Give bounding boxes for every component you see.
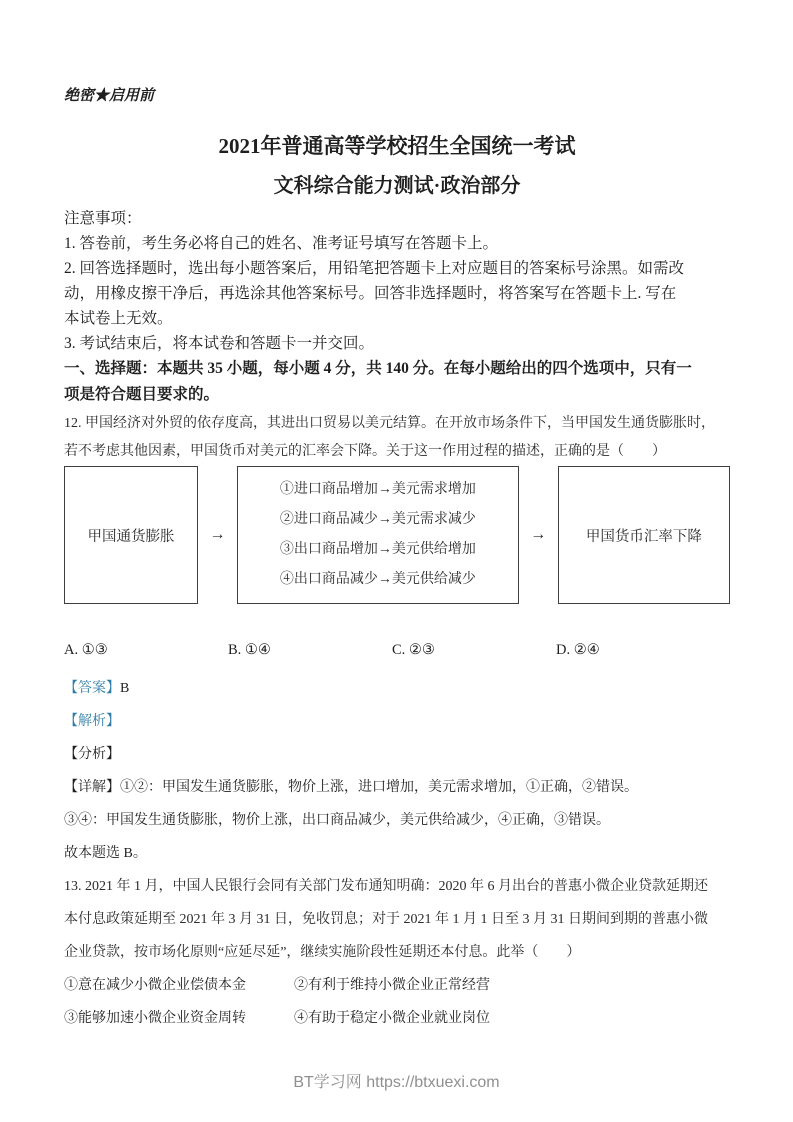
- answer-line: 【答案】B: [64, 672, 730, 705]
- notice-item-2-line-2: 动，用橡皮擦干净后，再选涂其他答案标号。回答非选择题时，将答案写在答题卡上. 写…: [64, 281, 730, 306]
- question-12-explanation: 【答案】B 【解析】 【分析】 【详解】①②：甲国发生通货膨胀，物价上涨，进口增…: [64, 672, 730, 870]
- diagram-mechanism-lines: ①进口商品增加→美元需求增加 ②进口商品减少→美元需求减少 ③出口商品增加→美元…: [280, 475, 476, 595]
- right-arrow-icon: →: [519, 466, 558, 604]
- fenxi-line: 【分析】: [64, 738, 730, 771]
- classification-label: 绝密★启用前: [64, 86, 730, 106]
- fenxi-label: 【分析】: [64, 747, 120, 762]
- option-d: D. ②④: [556, 640, 600, 660]
- question-13-stem-line-1: 13. 2021 年 1 月，中国人民银行会同有关部门发布通知明确：2020 年…: [64, 870, 730, 903]
- diagram-mechanism-3: ③出口商品增加→美元供给增加: [280, 535, 476, 565]
- site-footer-link[interactable]: BT学习网 https://btxuexi.com: [0, 1072, 793, 1094]
- diagram-box-mechanisms: ①进口商品增加→美元需求增加 ②进口商品减少→美元需求减少 ③出口商品增加→美元…: [237, 466, 519, 604]
- section-heading-multiple-choice: 一、选择题：本题共 35 小题，每小题 4 分，共 140 分。在每小题给出的四…: [64, 356, 730, 408]
- question-13-stem: 13. 2021 年 1 月，中国人民银行会同有关部门发布通知明确：2020 年…: [64, 870, 730, 969]
- question-12-flow-diagram: 甲国通货膨胀 → ①进口商品增加→美元需求增加 ②进口商品减少→美元需求减少 ③…: [64, 466, 730, 604]
- question-12-stem-line-1: 12. 甲国经济对外贸的依存度高，其进出口贸易以美元结算。在开放市场条件下，当甲…: [64, 410, 730, 438]
- exam-document-page: 绝密★启用前 2021年普通高等学校招生全国统一考试 文科综合能力测试·政治部分…: [0, 0, 793, 1122]
- notice-heading: 注意事项：: [64, 206, 730, 231]
- option-a: A. ①③: [64, 640, 228, 660]
- right-arrow-icon: →: [198, 466, 237, 604]
- question-12-stem-line-2: 若不考虑其他因素，甲国货币对美元的汇率会下降。关于这一作用过程的描述，正确的是（…: [64, 438, 730, 466]
- statement-2: ②有利于维持小微企业正常经营: [294, 969, 490, 1002]
- answer-value: B: [120, 681, 129, 696]
- diagram-mechanism-4: ④出口商品减少→美元供给减少: [280, 565, 476, 595]
- question-12-options: A. ①③ B. ①④ C. ②③ D. ②④: [64, 640, 730, 660]
- jiexi-label: 【解析】: [64, 714, 120, 729]
- diagram-mechanism-2: ②进口商品减少→美元需求减少: [280, 505, 476, 535]
- notice-section: 注意事项： 1. 答卷前，考生务必将自己的姓名、准考证号填写在答题卡上。 2. …: [64, 206, 730, 356]
- question-13-statements-3-4: ③能够加速小微企业资金周转 ④有助于稳定小微企业就业岗位: [64, 1002, 730, 1035]
- statement-3: ③能够加速小微企业资金周转: [64, 1002, 294, 1035]
- notice-item-1: 1. 答卷前，考生务必将自己的姓名、准考证号填写在答题卡上。: [64, 231, 730, 256]
- question-13-stem-line-3: 企业贷款，按市场化原则“应延尽延”，继续实施阶段性延期还本付息。此举（ ）: [64, 936, 730, 969]
- question-13-stem-line-2: 本付息政策延期至 2021 年 3 月 31 日，免收罚息；对于 2021 年 …: [64, 903, 730, 936]
- detail-line-3: 故本题选 B。: [64, 837, 730, 870]
- answer-label: 【答案】: [64, 681, 120, 696]
- diagram-box-exchange-rate: 甲国货币汇率下降: [558, 466, 730, 604]
- statement-4: ④有助于稳定小微企业就业岗位: [294, 1002, 490, 1035]
- section-heading-line-1: 一、选择题：本题共 35 小题，每小题 4 分，共 140 分。在每小题给出的四…: [64, 356, 730, 382]
- diagram-mechanism-1: ①进口商品增加→美元需求增加: [280, 475, 476, 505]
- detail-line-1: 【详解】①②：甲国发生通货膨胀，物价上涨，进口增加，美元需求增加，①正确，②错误…: [64, 771, 730, 804]
- notice-item-2-line-3: 本试卷上无效。: [64, 306, 730, 331]
- statement-1: ①意在减少小微企业偿债本金: [64, 969, 294, 1002]
- section-heading-line-2: 项是符合题目要求的。: [64, 382, 730, 408]
- exam-subtitle: 文科综合能力测试·政治部分: [64, 172, 730, 200]
- detail-line-2: ③④：甲国发生通货膨胀，物价上涨，出口商品减少，美元供给减少，④正确，③错误。: [64, 804, 730, 837]
- option-c: C. ②③: [392, 640, 556, 660]
- notice-item-2-line-1: 2. 回答选择题时，选出每小题答案后，用铅笔把答题卡上对应题目的答案标号涂黑。如…: [64, 256, 730, 281]
- question-13-statements-1-2: ①意在减少小微企业偿债本金 ②有利于维持小微企业正常经营: [64, 969, 730, 1002]
- exam-title: 2021年普通高等学校招生全国统一考试: [64, 132, 730, 160]
- jiexi-line: 【解析】: [64, 705, 730, 738]
- notice-item-3: 3. 考试结束后，将本试卷和答题卡一并交回。: [64, 331, 730, 356]
- question-12-stem: 12. 甲国经济对外贸的依存度高，其进出口贸易以美元结算。在开放市场条件下，当甲…: [64, 410, 730, 466]
- document-content: 绝密★启用前 2021年普通高等学校招生全国统一考试 文科综合能力测试·政治部分…: [0, 0, 793, 1035]
- diagram-box-inflation: 甲国通货膨胀: [64, 466, 198, 604]
- option-b: B. ①④: [228, 640, 392, 660]
